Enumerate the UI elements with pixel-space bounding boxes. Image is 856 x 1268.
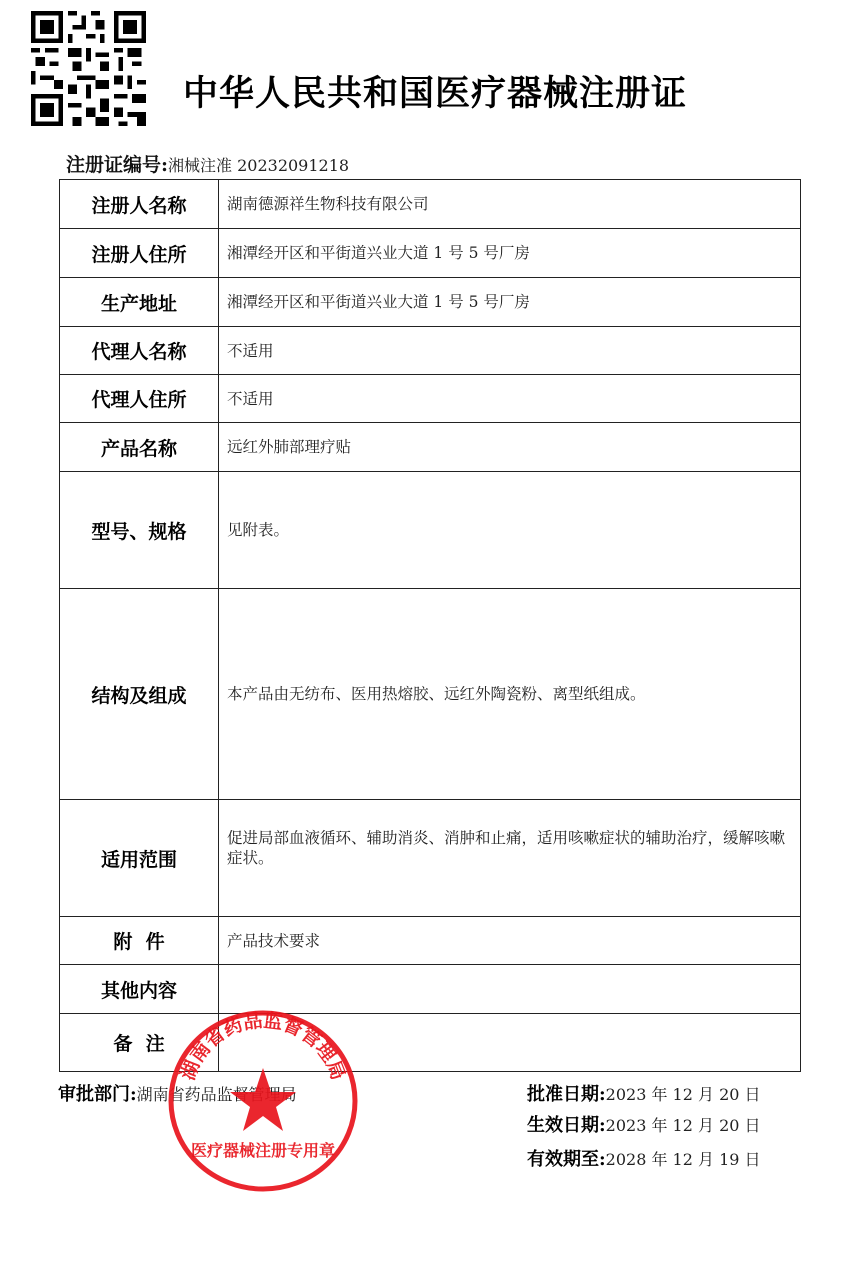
- approval-date: 批准日期:2023 年 12 月 20 日: [527, 1080, 761, 1106]
- row-label: 适用范围: [60, 800, 219, 917]
- registration-number: 注册证编号:湘械注准 20232091218: [66, 150, 349, 177]
- row-value: 不适用: [219, 327, 801, 375]
- effective-date-value: 2023 年 12 月 20 日: [606, 1116, 761, 1135]
- row-value: 产品技术要求: [219, 917, 801, 965]
- table-row: 代理人住所 不适用: [60, 375, 801, 423]
- row-label: 注册人名称: [60, 180, 219, 229]
- seal-inner-text: 医疗器械注册专用章: [191, 1141, 335, 1160]
- table-row: 注册人名称 湖南德源祥生物科技有限公司: [60, 180, 801, 229]
- row-value: 湘潭经开区和平街道兴业大道 1 号 5 号厂房: [219, 278, 801, 327]
- table-row: 产品名称 远红外肺部理疗贴: [60, 423, 801, 472]
- row-label: 注册人住所: [60, 229, 219, 278]
- effective-date-label: 生效日期:: [527, 1115, 606, 1136]
- row-value: 不适用: [219, 375, 801, 423]
- registration-number-label: 注册证编号:: [66, 154, 168, 176]
- department-label: 审批部门:: [58, 1084, 137, 1105]
- qr-code-icon: [31, 11, 146, 126]
- table-row: 注册人住所 湘潭经开区和平街道兴业大道 1 号 5 号厂房: [60, 229, 801, 278]
- row-label: 代理人名称: [60, 327, 219, 375]
- expiry-date-value: 2028 年 12 月 19 日: [606, 1150, 761, 1169]
- table-row: 适用范围 促进局部血液循环、辅助消炎、消肿和止痛，适用咳嗽症状的辅助治疗，缓解咳…: [60, 800, 801, 917]
- approval-date-label: 批准日期:: [527, 1084, 606, 1105]
- expiry-date: 有效期至:2028 年 12 月 19 日: [527, 1145, 761, 1171]
- row-label: 附 件: [60, 917, 219, 965]
- row-label: 代理人住所: [60, 375, 219, 423]
- expiry-date-label: 有效期至:: [527, 1149, 606, 1170]
- official-seal-icon: 湖南省药品监督管理局 医疗器械注册专用章: [163, 1006, 363, 1196]
- table-row: 型号、规格 见附表。: [60, 472, 801, 589]
- row-label: 产品名称: [60, 423, 219, 472]
- row-value: 本产品由无纺布、医用热熔胶、远红外陶瓷粉、离型纸组成。: [219, 589, 801, 800]
- row-label: 生产地址: [60, 278, 219, 327]
- table-row: 附 件 产品技术要求: [60, 917, 801, 965]
- certificate-table: 注册人名称 湖南德源祥生物科技有限公司 注册人住所 湘潭经开区和平街道兴业大道 …: [59, 179, 801, 1072]
- row-value: 促进局部血液循环、辅助消炎、消肿和止痛，适用咳嗽症状的辅助治疗，缓解咳嗽症状。: [219, 800, 801, 917]
- row-value: 湖南德源祥生物科技有限公司: [219, 180, 801, 229]
- table-row: 生产地址 湘潭经开区和平街道兴业大道 1 号 5 号厂房: [60, 278, 801, 327]
- table-row: 代理人名称 不适用: [60, 327, 801, 375]
- table-row: 结构及组成 本产品由无纺布、医用热熔胶、远红外陶瓷粉、离型纸组成。: [60, 589, 801, 800]
- document-title: 中华人民共和国医疗器械注册证: [183, 66, 687, 116]
- approval-date-value: 2023 年 12 月 20 日: [606, 1085, 761, 1104]
- registration-number-value: 湘械注准 20232091218: [168, 156, 349, 175]
- row-value: 远红外肺部理疗贴: [219, 423, 801, 472]
- row-label: 型号、规格: [60, 472, 219, 589]
- row-value: 湘潭经开区和平街道兴业大道 1 号 5 号厂房: [219, 229, 801, 278]
- effective-date: 生效日期:2023 年 12 月 20 日: [527, 1111, 761, 1137]
- row-label: 结构及组成: [60, 589, 219, 800]
- row-value: 见附表。: [219, 472, 801, 589]
